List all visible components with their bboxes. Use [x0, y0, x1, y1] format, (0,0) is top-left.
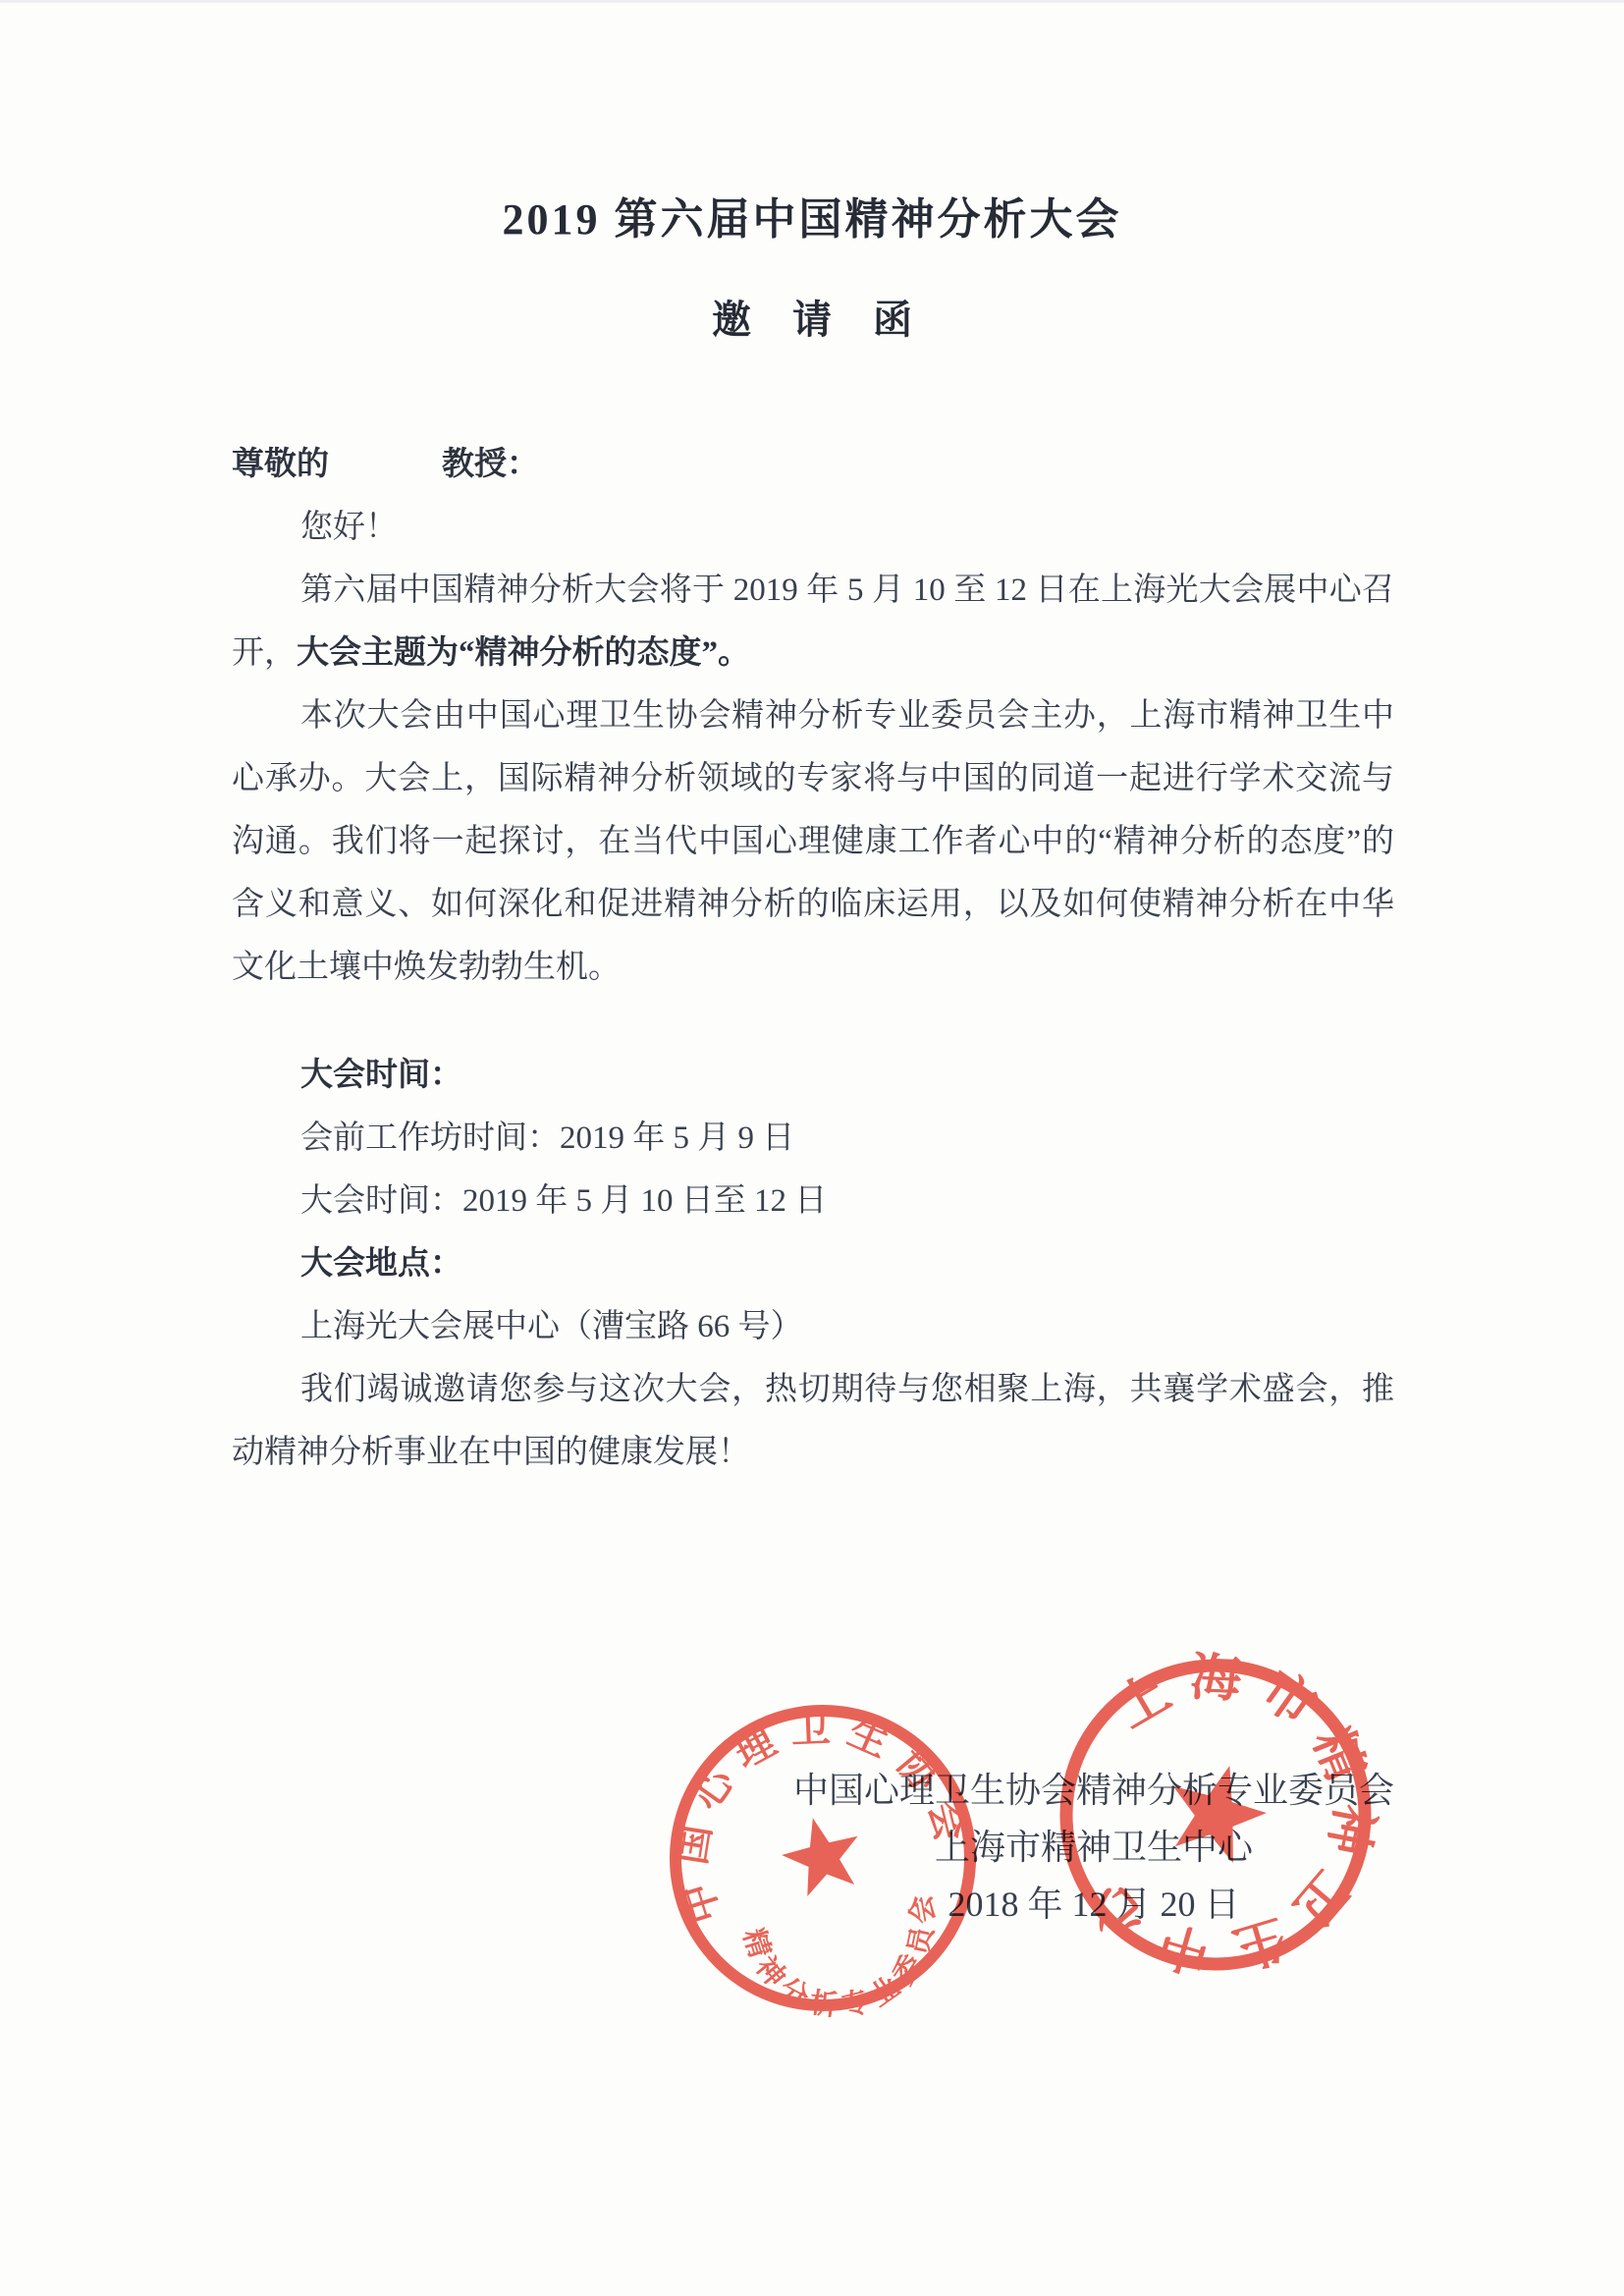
paragraph-details: 本次大会由中国心理卫生协会精神分析专业委员会主办，上海市精神卫生中心承办。大会上…: [232, 684, 1394, 999]
salutation-line: 尊敬的教授：: [232, 433, 1394, 496]
page-subtitle: 邀 请 函: [0, 295, 1624, 346]
stamp-committee-seal: 中国心理卫生协会 精神分析专业委员会: [621, 1656, 1025, 2060]
conference-theme-bold: 大会主题为“精神分析的态度”。: [297, 635, 750, 671]
venue-heading: 大会地点：: [300, 1232, 1394, 1295]
salutation-suffix: 教授：: [442, 447, 539, 482]
workshop-time-line: 会前工作坊时间：2019 年 5 月 9 日: [300, 1107, 1394, 1170]
venue-line: 上海光大会展中心（漕宝路 66 号）: [300, 1295, 1394, 1358]
invitation-letter-page: 2019 第六届中国精神分析大会 邀 请 函 尊敬的教授： 您好！ 第六届中国精…: [0, 0, 1624, 2296]
salutation-prefix: 尊敬的: [232, 447, 329, 482]
greeting-line: 您好！: [232, 496, 1394, 559]
paragraph-announcement: 第六届中国精神分析大会将于 2019 年 5 月 10 至 12 日在上海光大会…: [232, 559, 1394, 684]
time-heading: 大会时间：: [300, 1044, 1394, 1107]
star-icon: [1158, 1752, 1276, 1868]
conference-info-block: 大会时间： 会前工作坊时间：2019 年 5 月 9 日 大会时间：2019 年…: [300, 1044, 1394, 1358]
stamp-center-seal: 上海市精神卫生中心: [1009, 1609, 1423, 2022]
letter-body: 尊敬的教授： 您好！ 第六届中国精神分析大会将于 2019 年 5 月 10 至…: [232, 433, 1394, 1484]
page-title: 2019 第六届中国精神分析大会: [0, 192, 1624, 247]
scan-edge-artifact: [0, 0, 1624, 3]
closing-paragraph: 我们竭诚邀请您参与这次大会，热切期待与您相聚上海，共襄学术盛会，推动精神分析事业…: [232, 1358, 1394, 1484]
conference-time-line: 大会时间：2019 年 5 月 10 日至 12 日: [300, 1170, 1394, 1232]
stamp-arc-bottom-text: 精神分析专业委员会: [736, 1884, 962, 2044]
star-icon: [775, 1809, 869, 1900]
